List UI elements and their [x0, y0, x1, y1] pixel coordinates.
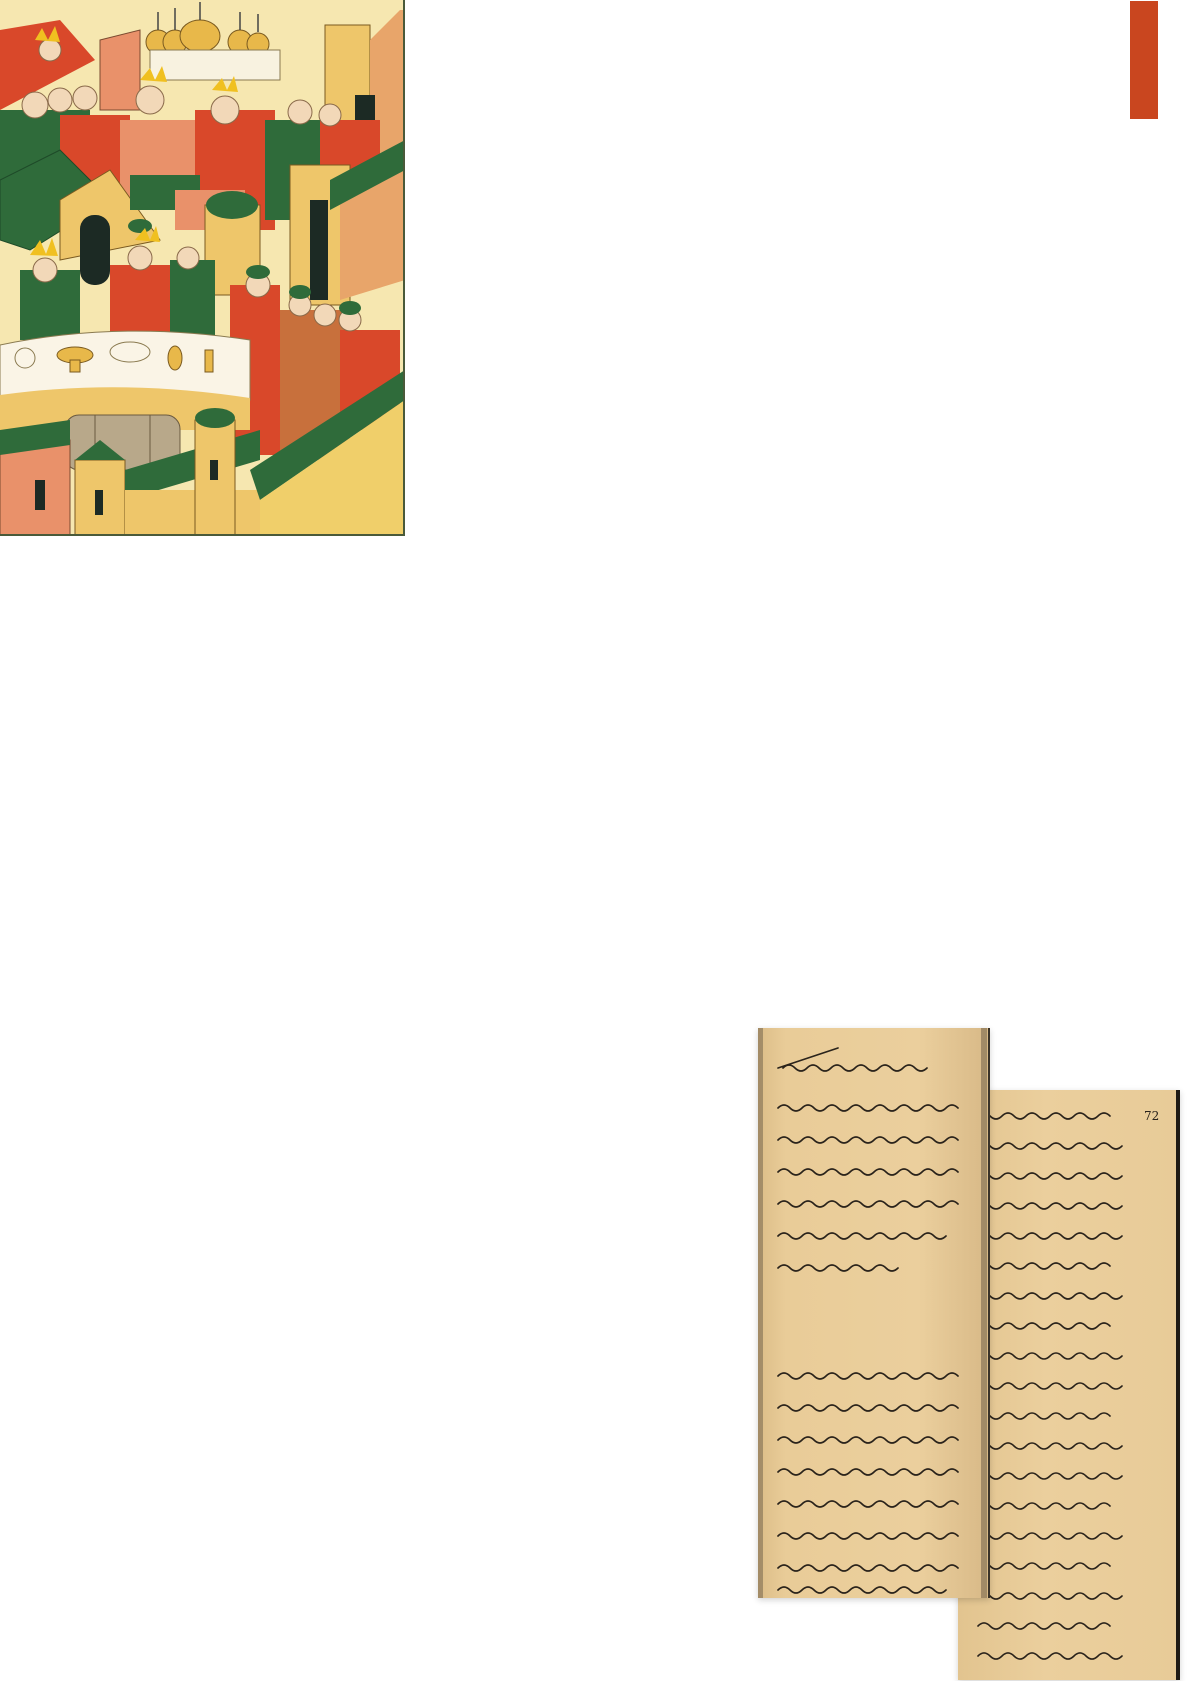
manuscript-image: 72 — [758, 1020, 1178, 1675]
document-page: 72 — [0, 0, 1197, 1681]
handwriting-lines — [758, 1028, 988, 1598]
miniature-image — [0, 0, 405, 536]
feast-miniature-illustration — [0, 0, 405, 536]
manuscript-right-leaf: 72 — [958, 1090, 1180, 1680]
svg-text:72: 72 — [1144, 1109, 1159, 1123]
handwriting-lines: 72 — [958, 1090, 1176, 1680]
manuscript-left-leaf — [758, 1028, 990, 1598]
chapter-accent-bar — [1130, 1, 1158, 119]
